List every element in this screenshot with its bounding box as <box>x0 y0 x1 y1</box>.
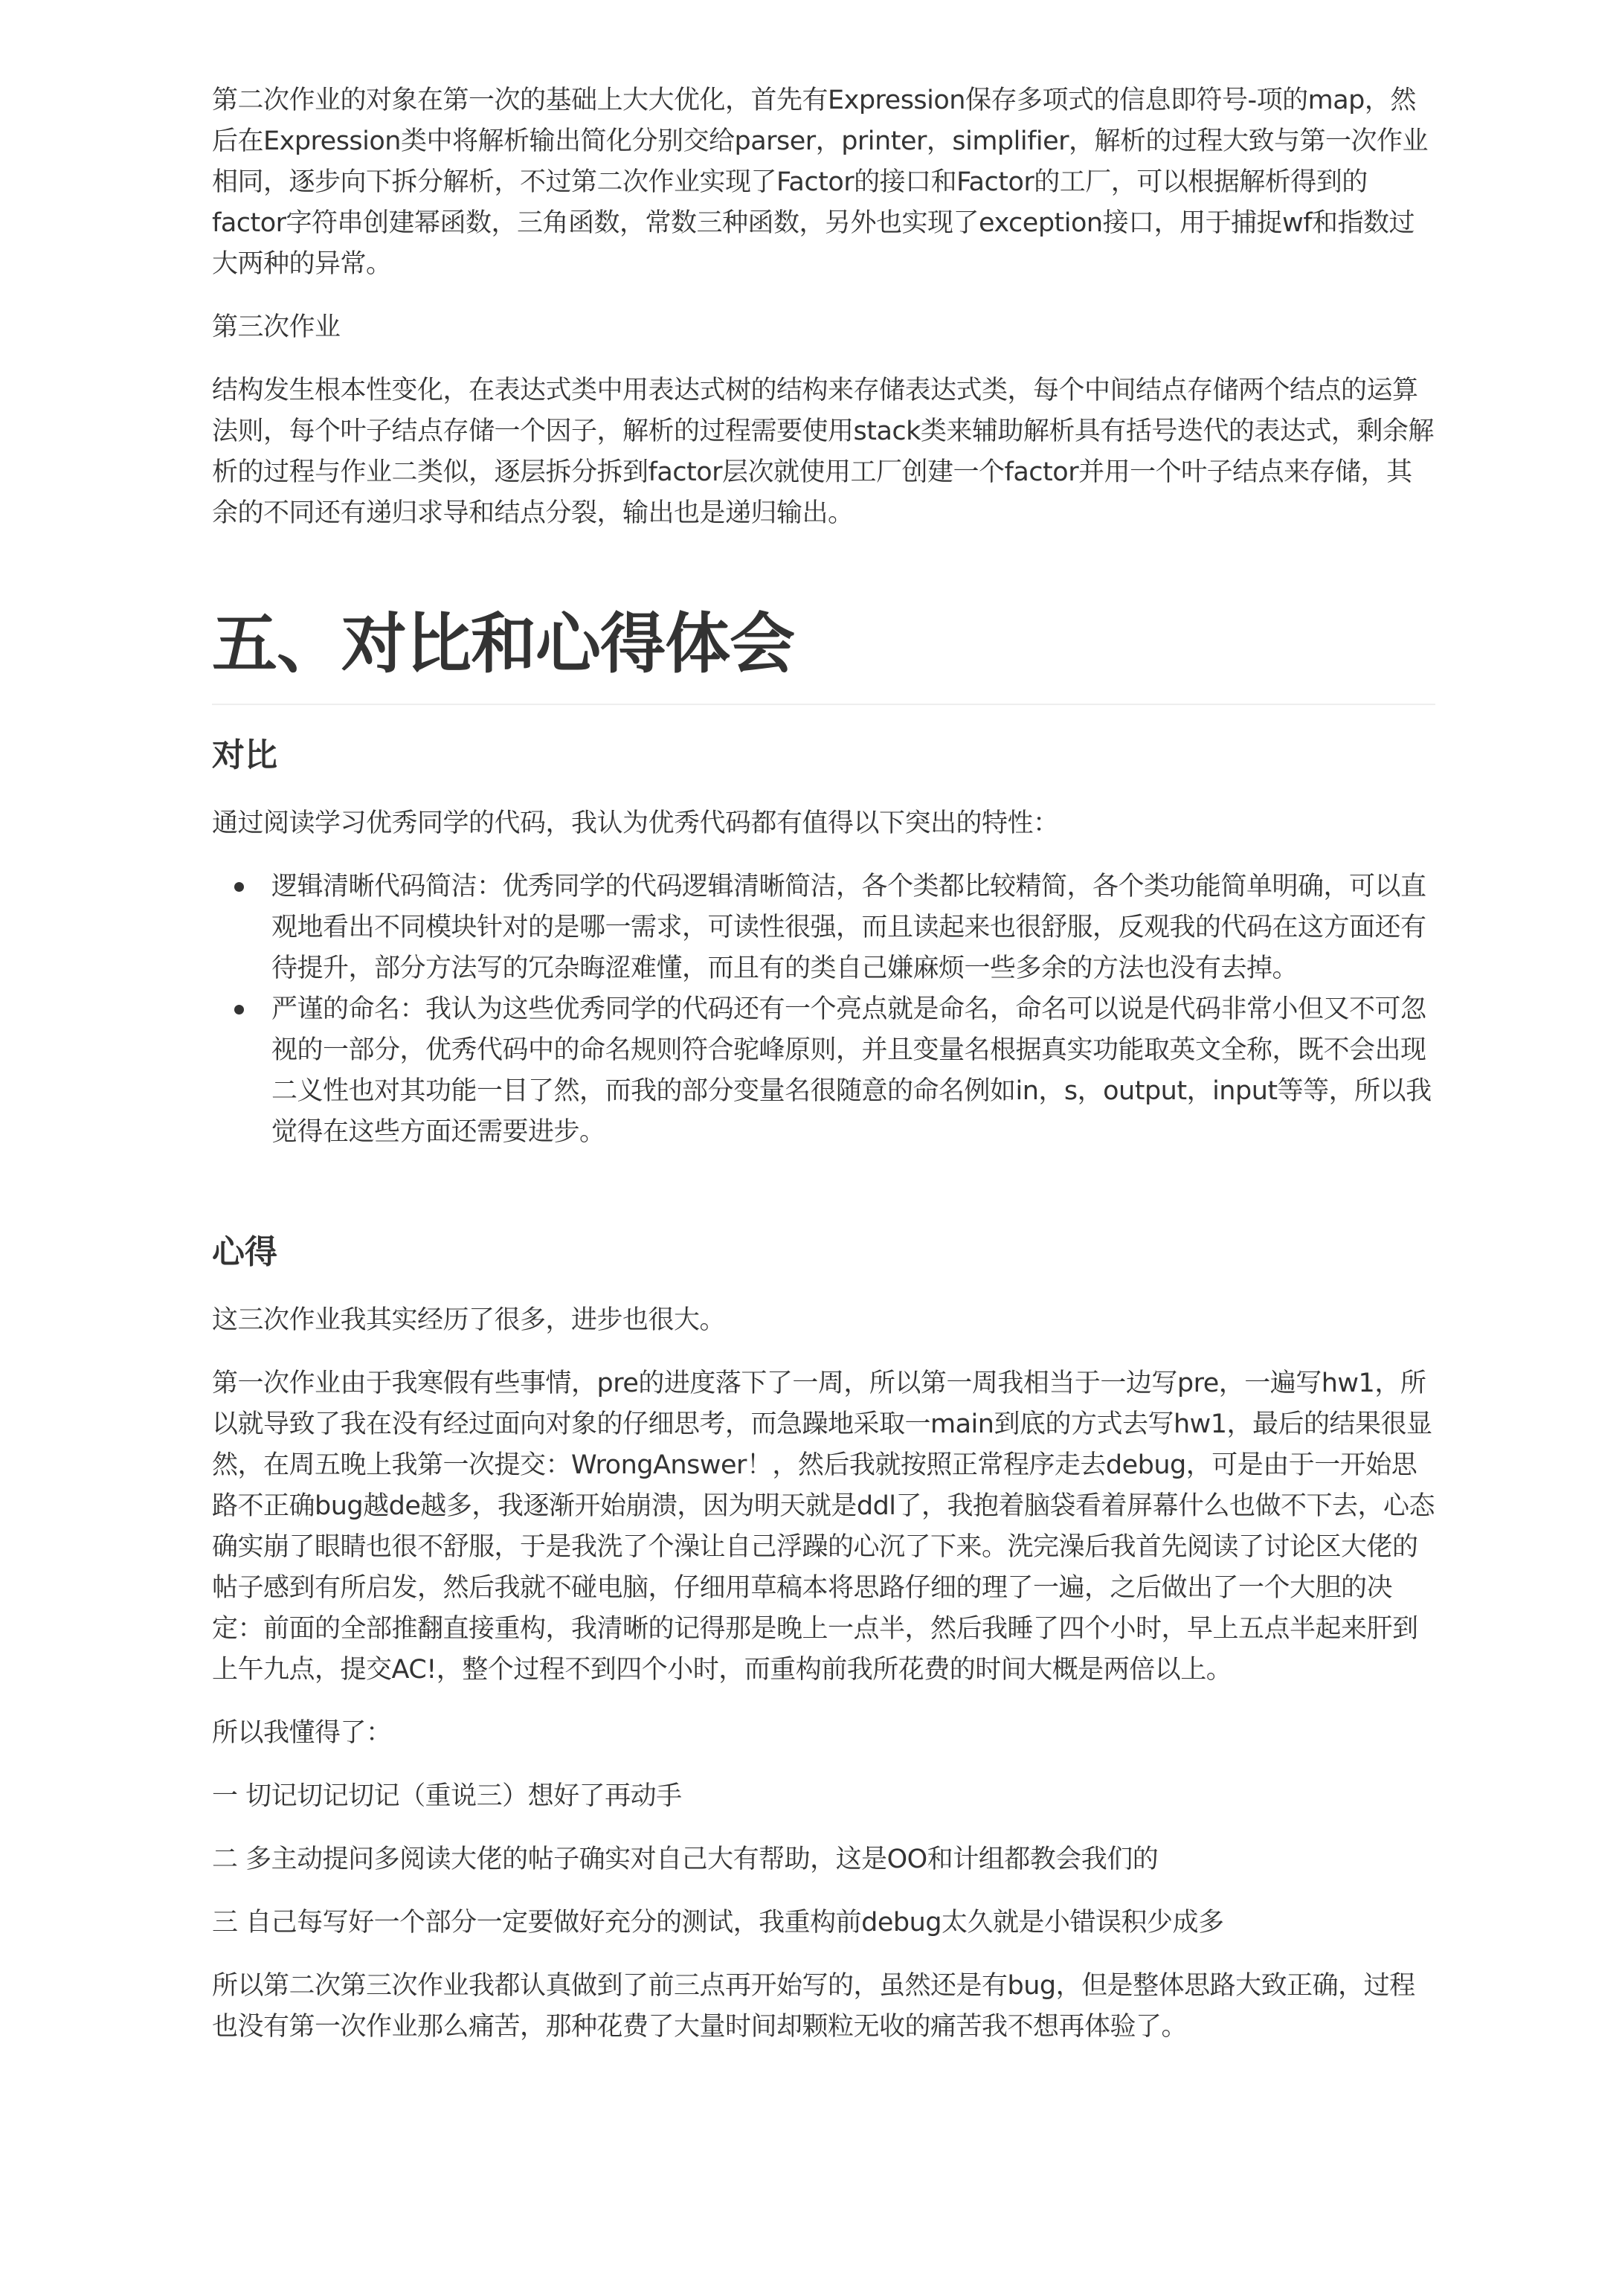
lesson-three: 三 自己每写好一个部分一定要做好充分的测试，我重构前debug太久就是小错误积少… <box>212 1903 1435 1943</box>
bullet-icon <box>234 882 244 892</box>
hw3-paragraph: 结构发生根本性变化，在表达式类中用表达式树的结构来存储表达式类，每个中间结点存储… <box>212 370 1435 534</box>
bullet-icon <box>234 1005 244 1014</box>
list-item: 逻辑清晰代码简洁：优秀同学的代码逻辑清晰简洁，各个类都比较精简，各个类功能简单明… <box>271 866 1435 989</box>
reflection-heading: 心得 <box>212 1230 1435 1275</box>
comparison-intro: 通过阅读学习优秀同学的代码，我认为优秀代码都有值得以下突出的特性： <box>212 803 1435 844</box>
document-page: 第二次作业的对象在第一次的基础上大大优化，首先有Expression保存多项式的… <box>212 80 1435 2070</box>
lesson-one: 一 切记切记切记（重说三）想好了再动手 <box>212 1776 1435 1817</box>
list-item: 严谨的命名：我认为这些优秀同学的代码还有一个亮点就是命名，命名可以说是代码非常小… <box>271 989 1435 1153</box>
hw3-label: 第三次作业 <box>212 307 1435 348</box>
lesson-two: 二 多主动提问多阅读大佬的帖子确实对自己大有帮助，这是OO和计组都教会我们的 <box>212 1839 1435 1880</box>
section-title: 五、对比和心得体会 <box>212 607 1435 705</box>
list-item-text: 逻辑清晰代码简洁：优秀同学的代码逻辑清晰简洁，各个类都比较精简，各个类功能简单明… <box>271 872 1426 983</box>
hw2-paragraph: 第二次作业的对象在第一次的基础上大大优化，首先有Expression保存多项式的… <box>212 80 1435 285</box>
list-item-text: 严谨的命名：我认为这些优秀同学的代码还有一个亮点就是命名，命名可以说是代码非常小… <box>271 994 1432 1147</box>
comparison-list: 逻辑清晰代码简洁：优秀同学的代码逻辑清晰简洁，各个类都比较精简，各个类功能简单明… <box>212 866 1435 1153</box>
reflection-paragraph: 所以我懂得了： <box>212 1713 1435 1754</box>
reflection-paragraph: 这三次作业我其实经历了很多，进步也很大。 <box>212 1300 1435 1341</box>
comparison-heading: 对比 <box>212 733 1435 778</box>
reflection-paragraph: 第一次作业由于我寒假有些事情，pre的进度落下了一周，所以第一周我相当于一边写p… <box>212 1363 1435 1691</box>
reflection-paragraph: 所以第二次第三次作业我都认真做到了前三点再开始写的，虽然还是有bug，但是整体思… <box>212 1966 1435 2048</box>
